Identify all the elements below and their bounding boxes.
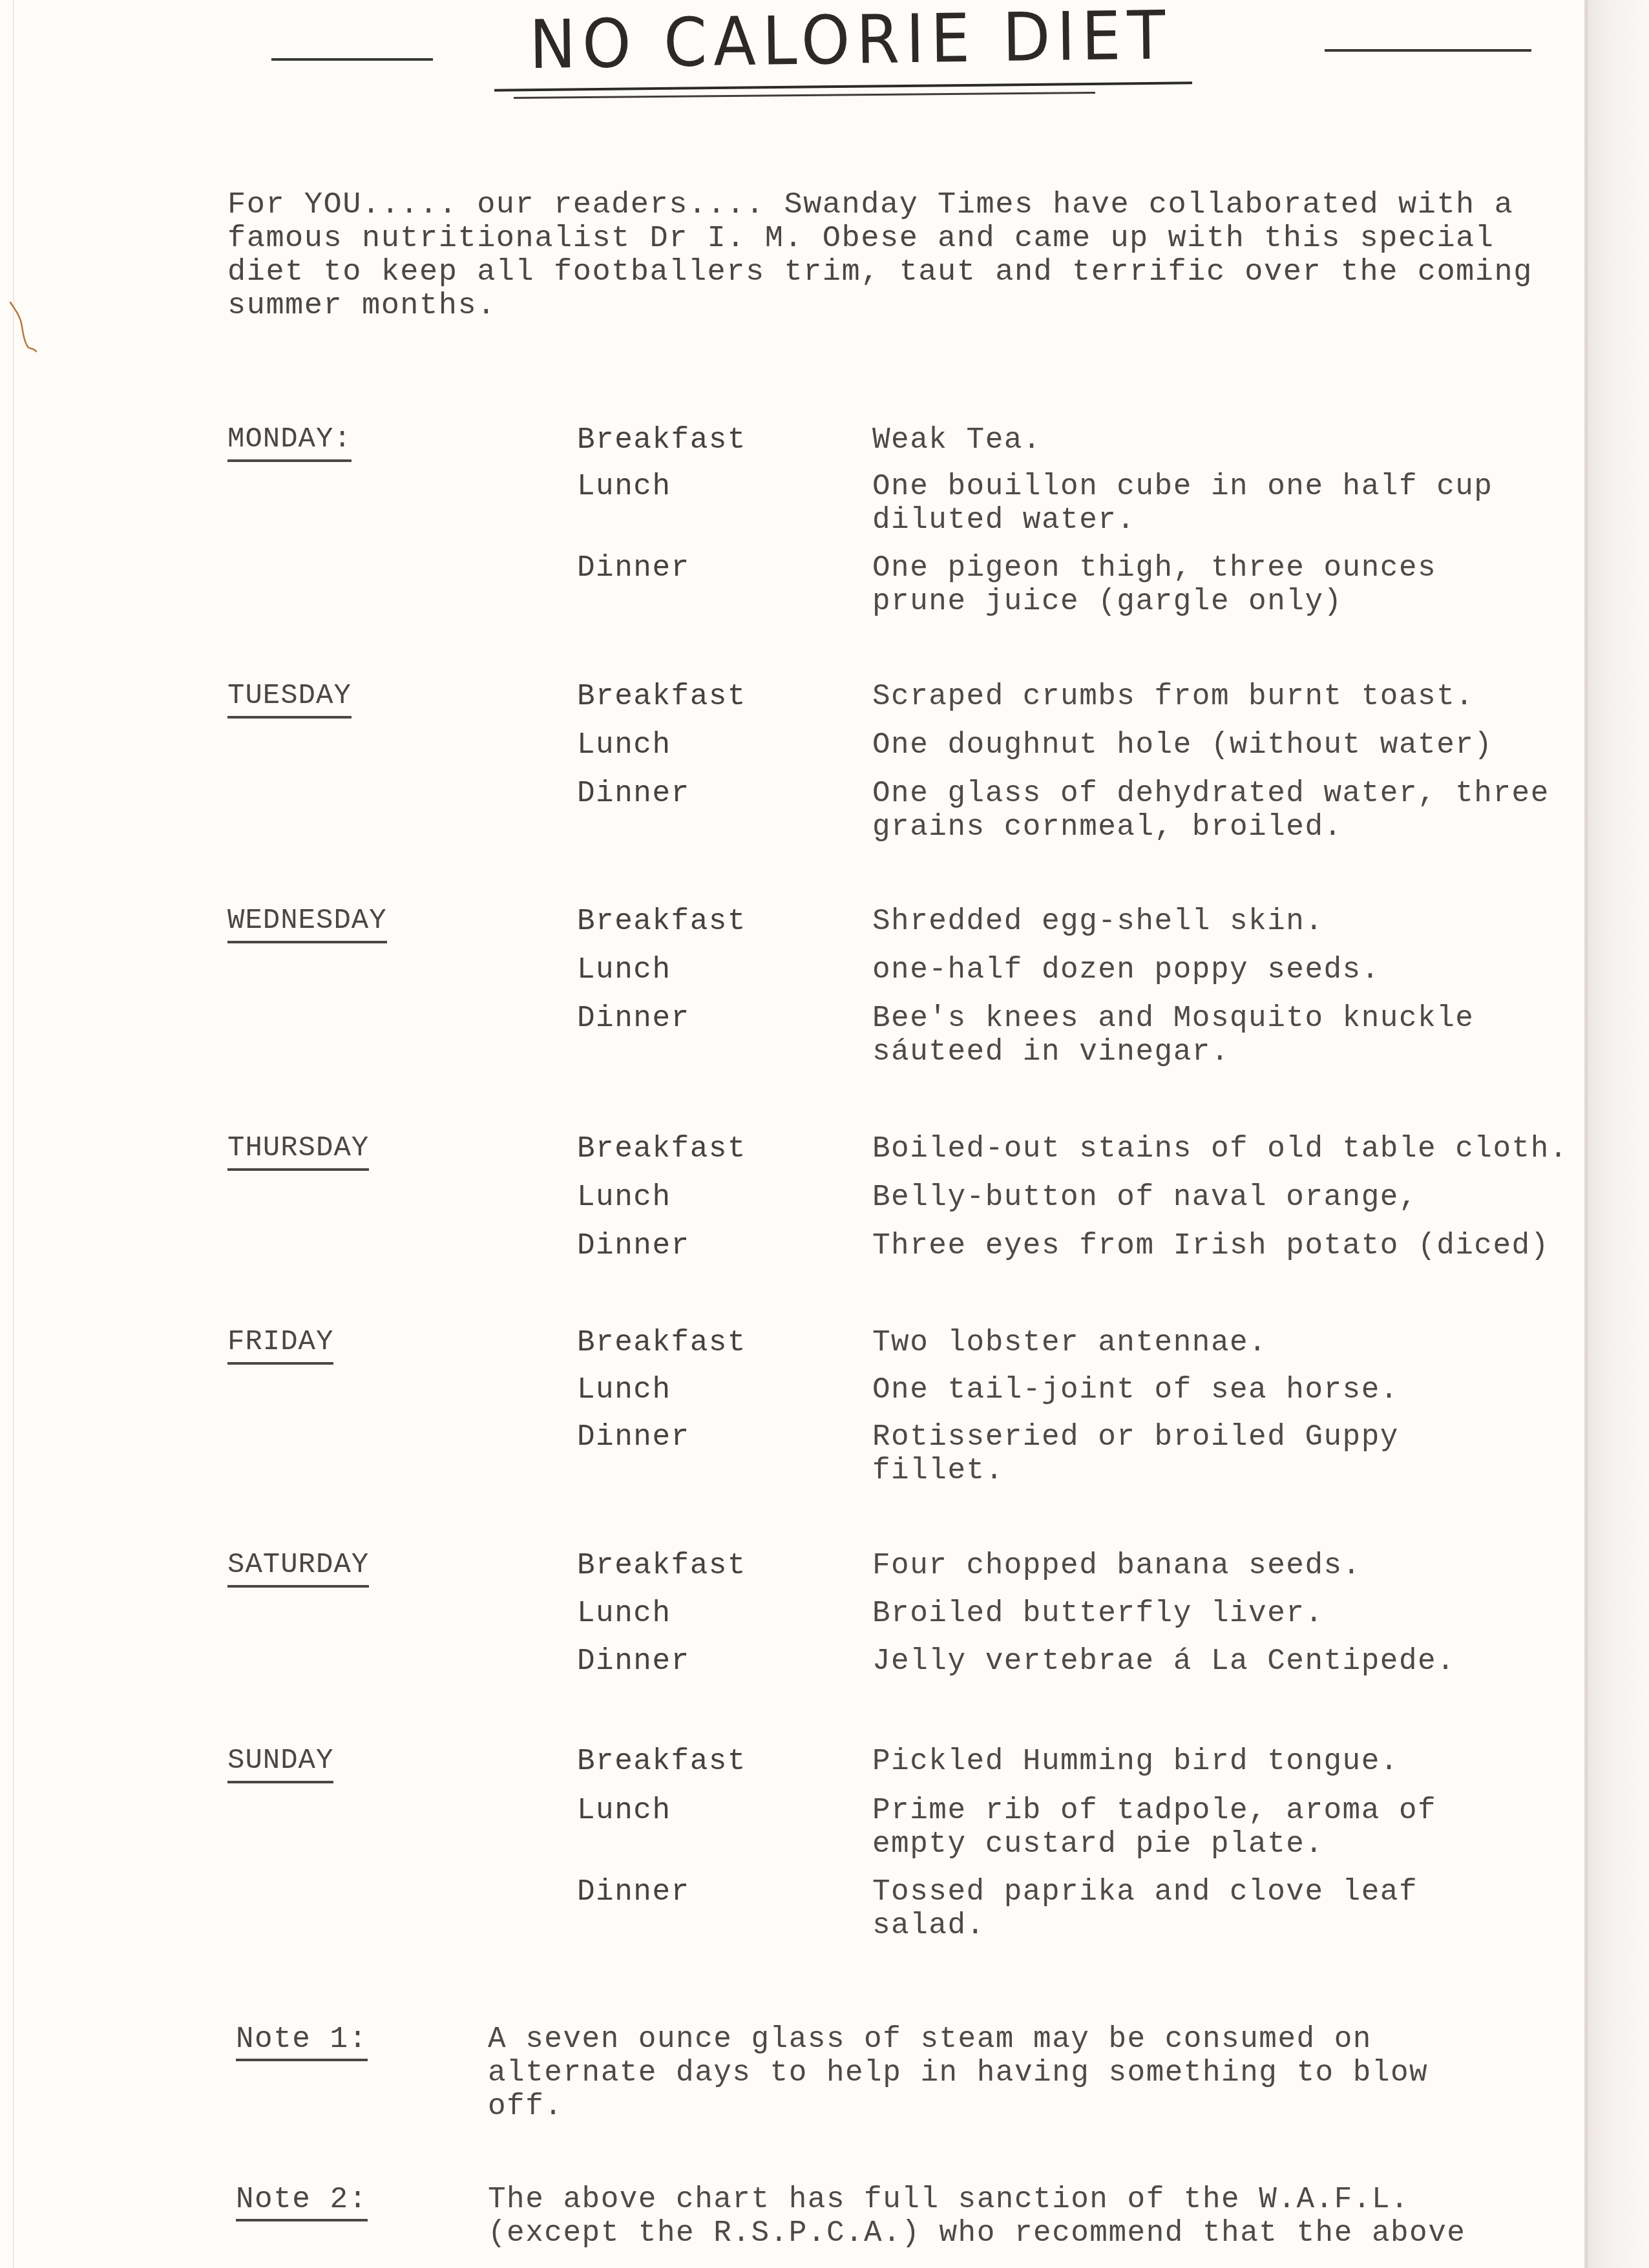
meal-description: Three eyes from Irish potato (diced) (872, 1229, 1596, 1263)
meal-description: Scraped crumbs from burnt toast. (872, 680, 1596, 713)
meal-name: Breakfast (577, 1745, 746, 1778)
meal-name: Dinner (577, 551, 690, 585)
meal-description: One doughnut hole (without water) (872, 728, 1596, 762)
meal-name: Breakfast (577, 423, 746, 457)
meal-name: Lunch (577, 953, 671, 987)
meal-name: Lunch (577, 1181, 671, 1214)
meal-name: Breakfast (577, 1326, 746, 1360)
title-rule-right (1325, 49, 1531, 52)
meal-name: Dinner (577, 777, 690, 810)
meal-name: Lunch (577, 1597, 671, 1630)
meal-description: Belly-button of naval orange, (872, 1181, 1596, 1214)
meal-name: Breakfast (577, 1132, 746, 1166)
meal-description: One tail-joint of sea horse. (872, 1373, 1596, 1407)
document-header: NO CALORIE DIET (271, 18, 1305, 109)
note-label: Note 1: (236, 2022, 368, 2061)
meal-description: Rotisseried or broiled Guppy fillet. (872, 1420, 1596, 1487)
meal-description: Four chopped banana seeds. (872, 1549, 1596, 1582)
title-underline (494, 81, 1192, 91)
meal-name: Dinner (577, 1229, 690, 1263)
meal-description: One pigeon thigh, three ounces prune jui… (872, 551, 1596, 618)
meal-description: One bouillon cube in one half cup dilute… (872, 470, 1596, 537)
meal-name: Lunch (577, 728, 671, 762)
meal-name: Breakfast (577, 905, 746, 938)
title-underline-double (514, 92, 1095, 99)
meal-description: Shredded egg-shell skin. (872, 905, 1596, 938)
meal-name: Lunch (577, 1373, 671, 1407)
meal-description: Boiled-out stains of old table cloth. (872, 1132, 1596, 1166)
day-label: FRIDAY (227, 1326, 333, 1365)
meal-description: one-half dozen poppy seeds. (872, 953, 1596, 987)
day-label: SATURDAY (227, 1549, 369, 1588)
meal-description: Bee's knees and Mosquito knuckle sáuteed… (872, 1002, 1596, 1069)
meal-description: Broiled butterfly liver. (872, 1597, 1596, 1630)
day-label: TUESDAY (227, 680, 352, 719)
meal-description: Jelly vertebrae á La Centipede. (872, 1644, 1596, 1678)
note-text: The above chart has full sanction of the… (488, 2183, 1586, 2250)
day-label: WEDNESDAY (227, 905, 387, 943)
meal-description: Weak Tea. (872, 423, 1596, 457)
meal-name: Breakfast (577, 680, 746, 713)
note-label: Note 2: (236, 2183, 368, 2221)
meal-description: Two lobster antennae. (872, 1326, 1596, 1360)
title-rule-left (271, 58, 433, 61)
day-label: SUNDAY (227, 1745, 333, 1783)
intro-paragraph: For YOU..... our readers.... Swanday Tim… (227, 189, 1584, 323)
meal-description: Prime rib of tadpole, aroma of empty cus… (872, 1794, 1596, 1861)
note-text: A seven ounce glass of steam may be cons… (488, 2022, 1586, 2123)
meal-name: Dinner (577, 1420, 690, 1454)
pencil-mark-icon (9, 297, 41, 362)
meal-name: Dinner (577, 1644, 690, 1678)
meal-name: Breakfast (577, 1549, 746, 1582)
document-title: NO CALORIE DIET (529, 0, 1171, 84)
meal-name: Dinner (577, 1875, 690, 1909)
day-label: THURSDAY (227, 1132, 369, 1171)
meal-description: Tossed paprika and clove leaf salad. (872, 1875, 1596, 1942)
day-label: MONDAY: (227, 423, 352, 462)
meal-name: Lunch (577, 1794, 671, 1827)
meal-name: Lunch (577, 470, 671, 503)
meal-name: Dinner (577, 1002, 690, 1035)
meal-description: Pickled Humming bird tongue. (872, 1745, 1596, 1778)
meal-description: One glass of dehydrated water, three gra… (872, 777, 1596, 844)
